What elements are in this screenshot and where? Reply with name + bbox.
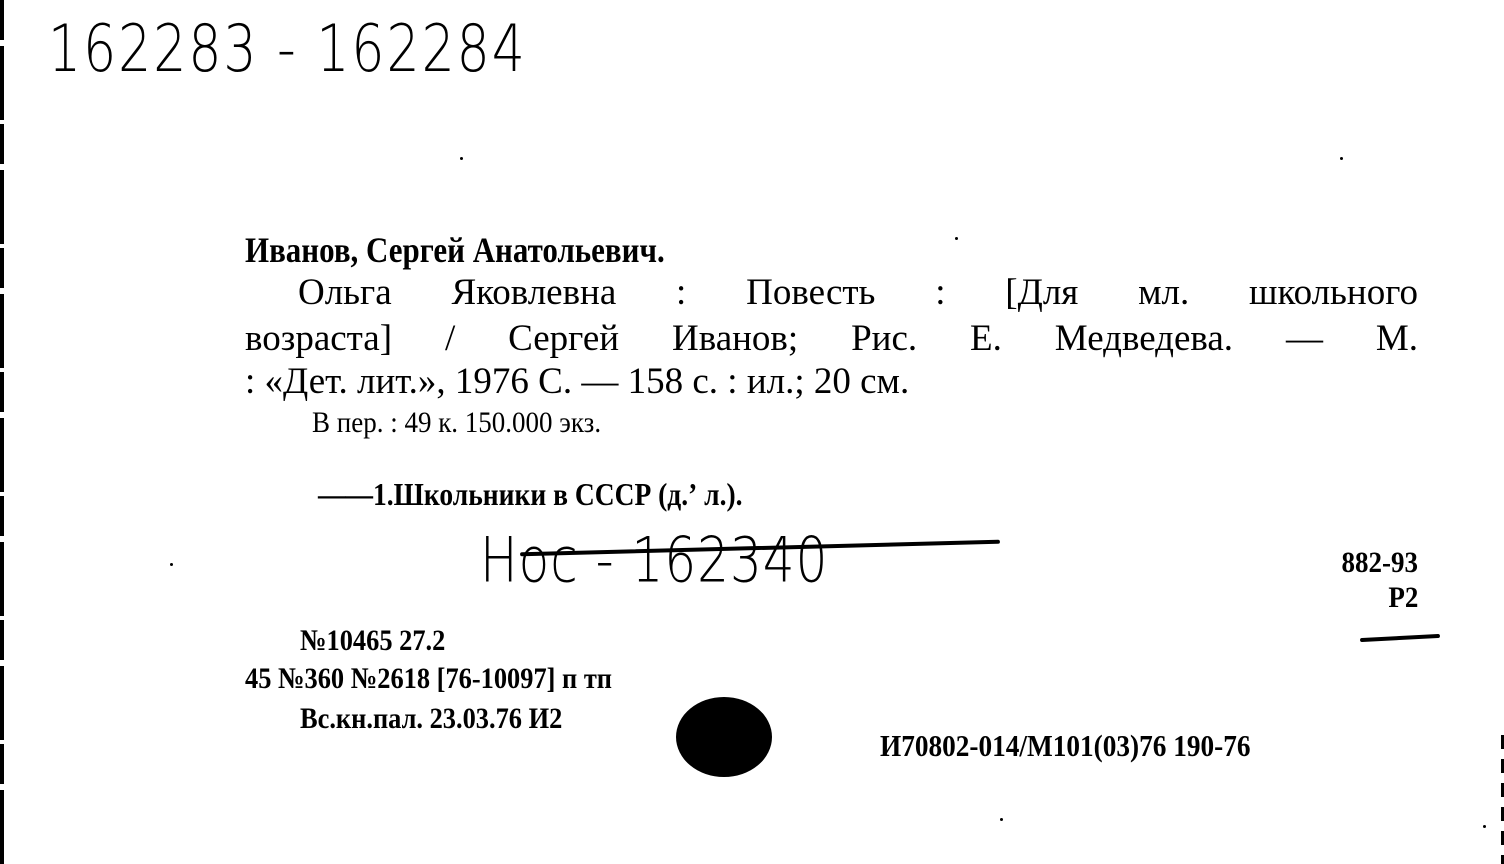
subject-heading: ——1.Школьники в СССР (д.ʼ л.). (318, 478, 743, 510)
speck (460, 157, 463, 160)
responsibility-line: возраста] / Сергей Иванов; Рис. Е. Медве… (245, 320, 1418, 357)
print-info-line-3: Вс.кн.пал. 23.03.76 И2 (300, 704, 562, 734)
publisher-code: И70802-014/М101(03)76 190-76 (880, 730, 1251, 761)
author-heading: Иванов, Сергей Анатольевич. (245, 232, 665, 268)
pen-underline-mark (1360, 634, 1440, 642)
print-info-line-2: 45 №360 №2618 [76-10097] п тп (245, 664, 612, 694)
speck (170, 563, 173, 566)
publication-line: : «Дет. лит.», 1976 С. — 158 с. : ил.; 2… (245, 363, 909, 400)
title-line: Ольга Яковлевна : Повесть : [Для мл. шко… (298, 274, 1418, 311)
speck (1340, 157, 1343, 160)
print-info-line-1: №10465 27.2 (300, 626, 445, 656)
card-edge-left (0, 0, 4, 864)
inventory-number-range: 162283 - 162284 (48, 12, 527, 87)
speck (1000, 818, 1003, 821)
struck-handwritten-note: Нос - 162340 (480, 524, 828, 597)
author-mark: Р2 (1388, 583, 1418, 613)
classification-index: 882-93 (1342, 548, 1419, 578)
speck (955, 237, 958, 240)
card-punch-hole (676, 697, 772, 777)
price-edition-line: В пер. : 49 к. 150.000 экз. (312, 408, 601, 438)
speck (1483, 825, 1486, 828)
